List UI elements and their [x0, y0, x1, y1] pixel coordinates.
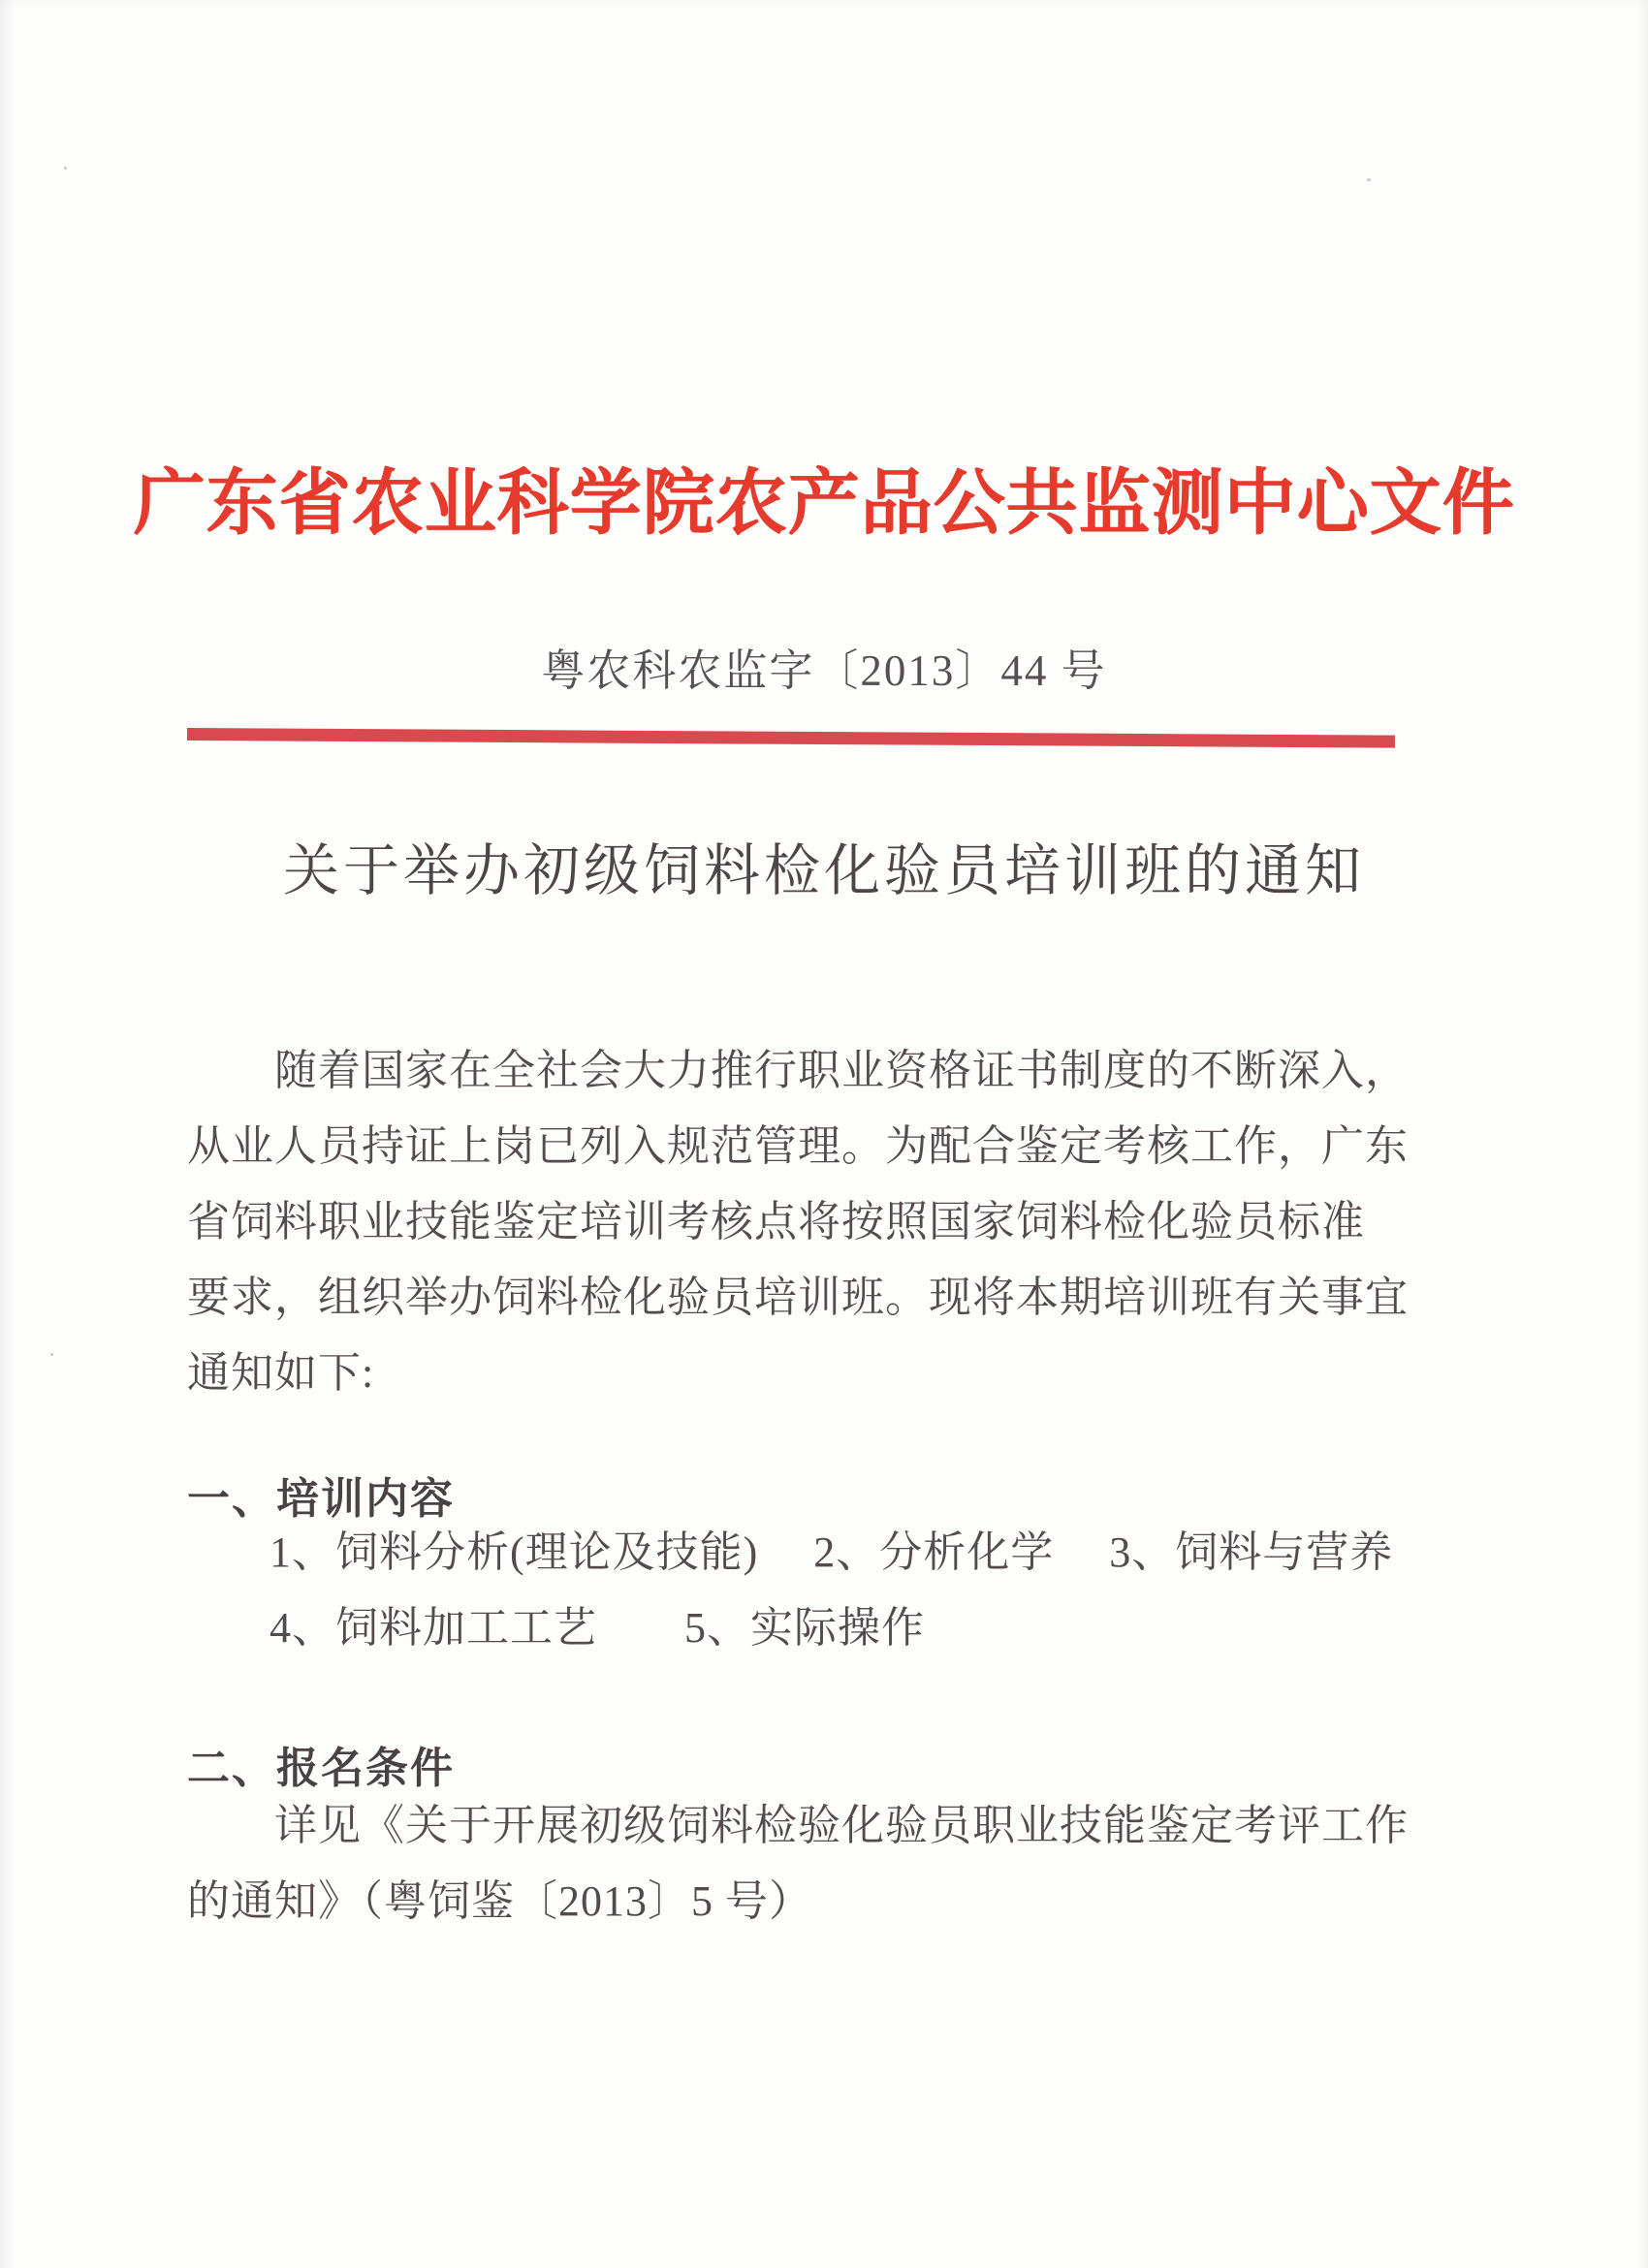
training-items-line-1: 1、饲料分析(理论及技能) 2、分析化学 3、饲料与营养	[187, 1515, 1409, 1591]
document-reference-number: 粤农科农监字〔2013〕44 号	[0, 647, 1648, 696]
red-separator-line	[187, 728, 1395, 748]
training-items-line-2: 4、饲料加工工艺 5、实际操作	[187, 1591, 1409, 1666]
scan-speck	[64, 167, 67, 170]
scan-speck	[50, 1353, 53, 1356]
intro-line-2: 从业人员持证上岗已列入规范管理。为配合鉴定考核工作，广东	[187, 1109, 1409, 1184]
registration-line-2: 的通知》（粤饲鉴〔2013〕5 号）	[187, 1864, 1409, 1939]
agency-letterhead-title: 广东省农业科学院农产品公共监测中心文件	[0, 463, 1648, 546]
section-heading-registration-requirements: 二、报名条件	[187, 1744, 1409, 1795]
notice-title: 关于举办初级饲料检化验员培训班的通知	[0, 837, 1648, 905]
intro-line-5: 通知如下:	[187, 1336, 1409, 1411]
registration-line-1: 详见《关于开展初级饲料检验化验员职业技能鉴定考评工作	[187, 1788, 1409, 1864]
scanned-document-page: 广东省农业科学院农产品公共监测中心文件 粤农科农监字〔2013〕44 号 关于举…	[0, 0, 1648, 2268]
scan-speck	[1367, 178, 1371, 181]
registration-requirements-paragraph: 详见《关于开展初级饲料检验化验员职业技能鉴定考评工作 的通知》（粤饲鉴〔2013…	[187, 1788, 1409, 1939]
intro-line-3: 省饲料职业技能鉴定培训考核点将按照国家饲料检化验员标准	[187, 1184, 1409, 1260]
training-content-items: 1、饲料分析(理论及技能) 2、分析化学 3、饲料与营养 4、饲料加工工艺 5、…	[187, 1515, 1409, 1666]
intro-line-4: 要求，组织举办饲料检化验员培训班。现将本期培训班有关事宜	[187, 1260, 1409, 1336]
intro-paragraph: 随着国家在全社会大力推行职业资格证书制度的不断深入， 从业人员持证上岗已列入规范…	[187, 1033, 1409, 1411]
intro-line-1: 随着国家在全社会大力推行职业资格证书制度的不断深入，	[187, 1033, 1409, 1109]
